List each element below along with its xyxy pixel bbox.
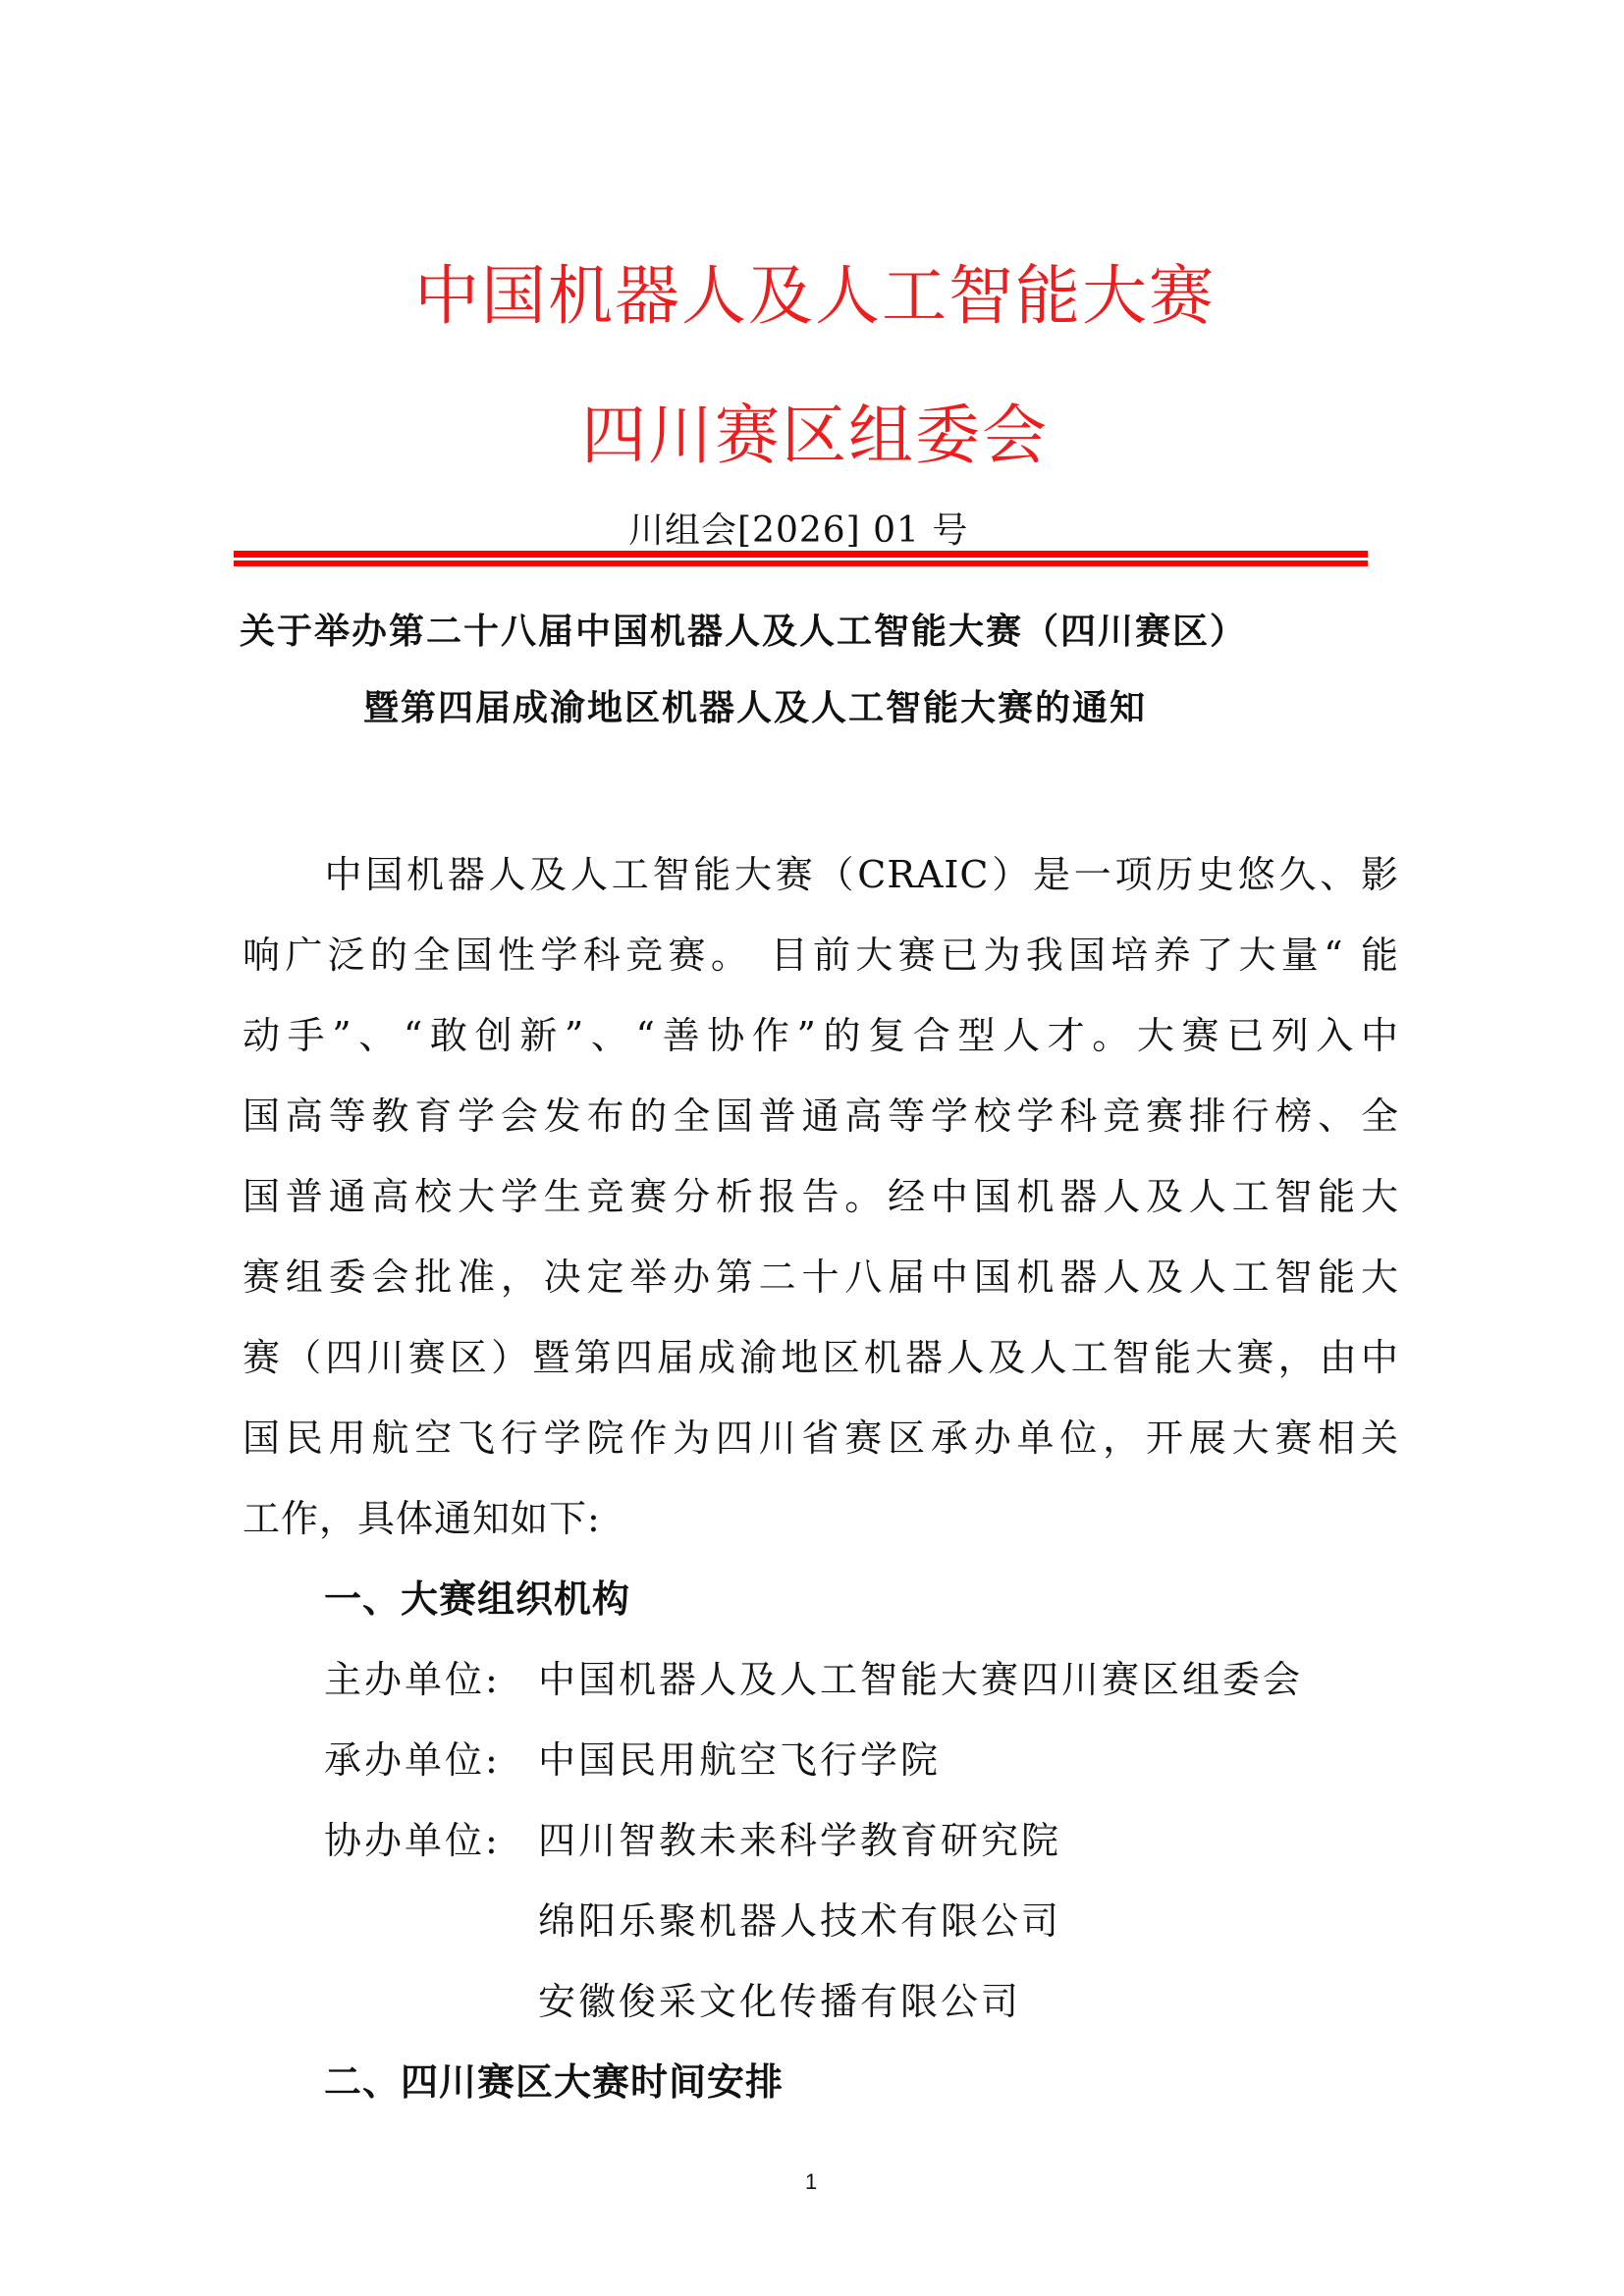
red-header-rule-thin [234,561,1368,566]
organizer-value-undertaker: 中国民用航空飞行学院 [538,1730,941,1784]
section-heading-schedule: 二、四川赛区大赛时间安排 [324,2052,784,2106]
organizer-label-co-organizer: 协办单位: [324,1810,501,1864]
organizer-value-co-organizer: 绵阳乐聚机器人技术有限公司 [538,1891,1061,1945]
organizer-value-co-organizer: 四川智教未来科学教育研究院 [538,1810,1061,1864]
subject-line1: 关于举办第二十八届中国机器人及人工智能大赛（四川赛区） [240,604,1247,654]
org-title-line1: 中国机器人及人工智能大赛 [393,243,1237,337]
organizer-value-co-organizer: 安徽俊采文化传播有限公司 [538,1971,1021,2025]
body-line: 中国机器人及人工智能大赛（CRAIC）是一项历史悠久、影 [243,844,1399,898]
red-header-rule-thick [234,551,1368,558]
document-number: 川组会[2026] 01 号 [628,503,968,553]
body-line: 国普通高校大学生竞赛分析报告。经中国机器人及人工智能大 [243,1166,1399,1220]
body-line: 国民用航空飞行学院作为四川省赛区承办单位，开展大赛相关 [243,1408,1399,1462]
organizer-label-undertaker: 承办单位: [324,1730,501,1784]
body-line: 赛（四川赛区）暨第四届成渝地区机器人及人工智能大赛，由中 [243,1327,1399,1381]
page-number: 1 [805,2169,817,2195]
section-heading-organization: 一、大赛组织机构 [324,1569,630,1623]
body-line: 响广泛的全国性学科竞赛。 目前大赛已为我国培养了大量“ 能 [243,925,1399,979]
organizer-label-host: 主办单位: [324,1649,501,1703]
body-line: 国高等教育学会发布的全国普通高等学校学科竞赛排行榜、全 [243,1086,1399,1140]
body-line: 工作，具体通知如下: [243,1488,1399,1542]
org-title-line2: 四川赛区组委会 [393,383,1237,476]
organizer-value-host: 中国机器人及人工智能大赛四川赛区组委会 [538,1649,1303,1703]
subject-line2: 暨第四届成渝地区机器人及人工智能大赛的通知 [363,680,1147,730]
body-line: 赛组委会批准，决定举办第二十八届中国机器人及人工智能大 [243,1247,1399,1301]
body-line: 动手”、“敢创新”、“善协作”的复合型人才。大赛已列入中 [243,1005,1399,1059]
